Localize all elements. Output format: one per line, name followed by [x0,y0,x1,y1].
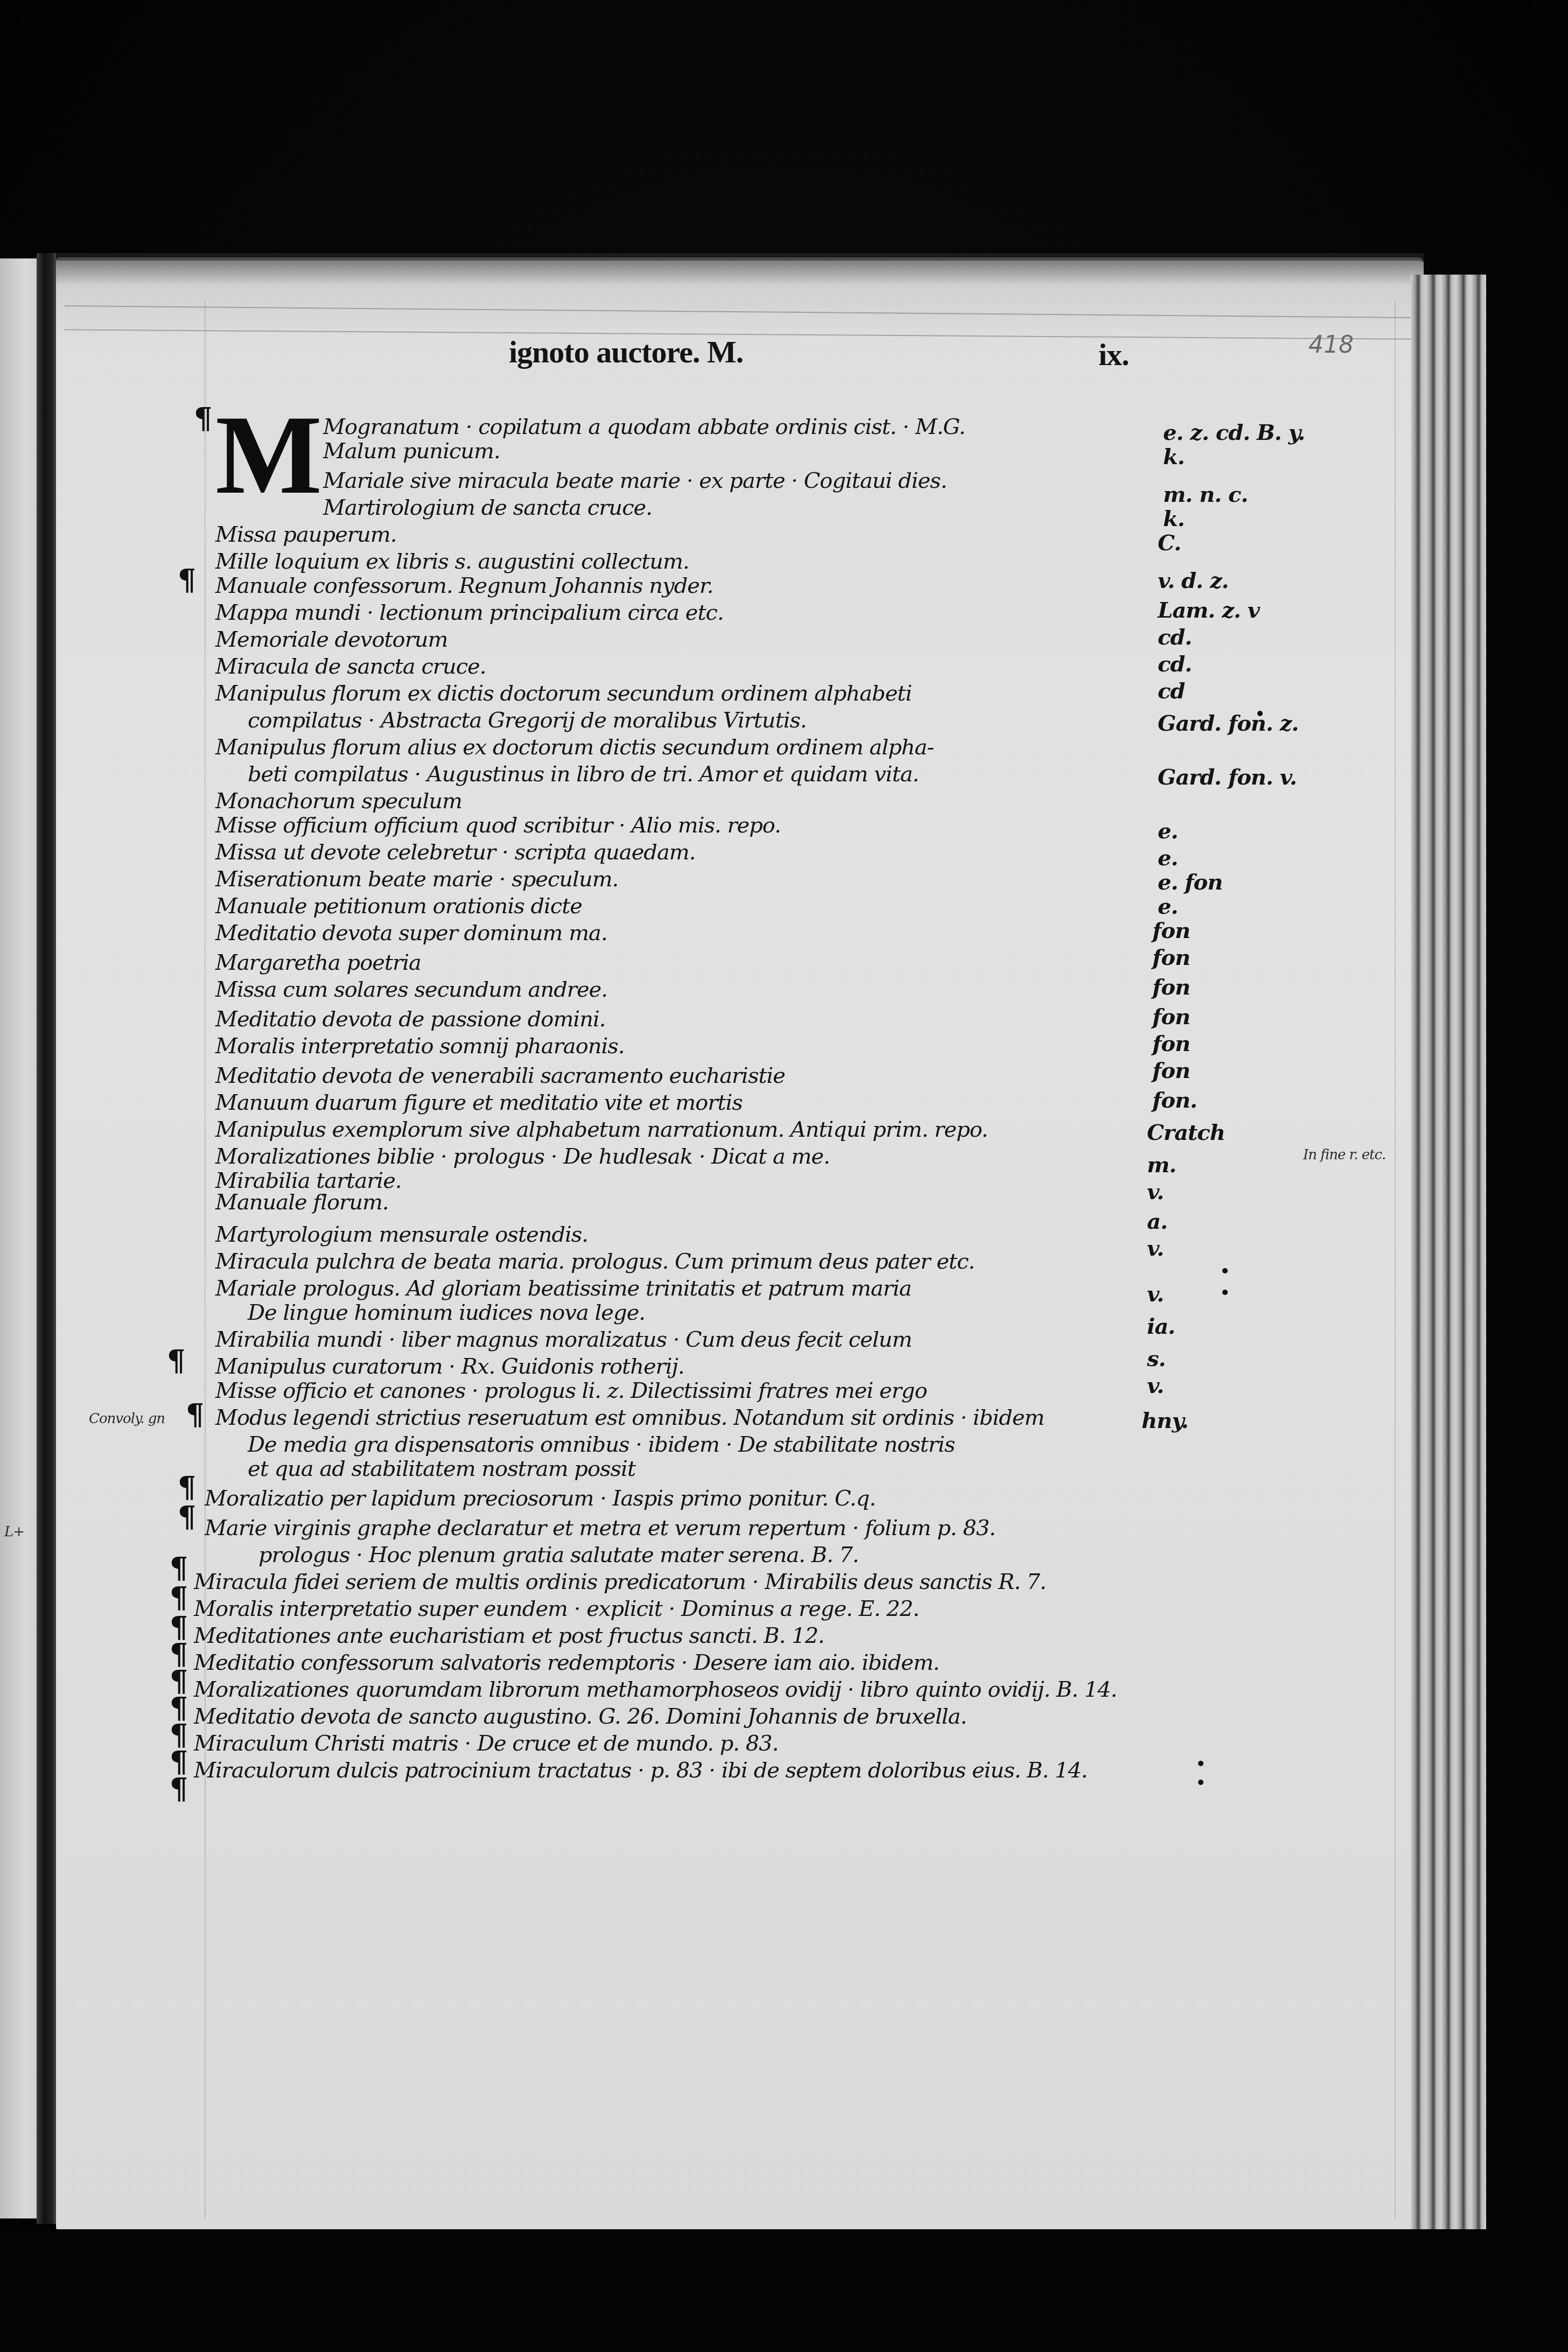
catalog-entry: Manipulus florum ex dictis doctorum secu… [215,681,912,706]
catalog-entry: Malum punicum. [323,439,500,464]
running-title: ignoto auctore. M. [509,334,743,370]
catalog-entry: Martirologium de sancta cruce. [323,495,652,520]
catalog-entry: beti compilatus · Augustinus in libro de… [248,762,919,787]
catalog-entry: Miraculorum dulcis patrocinium tractatus… [194,1758,1088,1783]
catalog-entry: Mariale sive miracula beate marie · ex p… [323,468,947,493]
shelfmark: fon [1152,1031,1190,1056]
left-margin-note: Convoly. gn [89,1411,165,1427]
catalog-entry: Missa cum solares secundum andree. [215,977,607,1002]
catalog-entry: Mille loquium ex libris s. augustini col… [215,549,689,574]
shelfmark: Lam. z. v [1158,598,1259,623]
catalog-entry: Miracula pulchra de beata maria. prologu… [215,1249,975,1274]
shelfmark: cd. [1158,652,1192,677]
catalog-entry: compilatus · Abstracta Gregorij de moral… [248,708,807,733]
binding-right [1486,205,1568,2352]
facing-page-edge [0,258,37,2218]
catalog-entry: Misse officium officium quod scribitur ·… [215,813,781,838]
pilcrow-icon: ¶ [178,563,196,597]
ink-dot [1198,1761,1203,1766]
shelfmark: k. [1163,444,1185,470]
catalog-entry: Modus legendi strictius reseruatum est o… [215,1405,1044,1430]
page-top-shadow [56,253,1424,285]
page-fore-edge [1411,275,1492,2235]
shelfmark: s. [1147,1346,1165,1371]
catalog-entry: Margaretha poetria [215,950,421,975]
right-margin-rule [1395,302,1396,2218]
catalog-entry: et qua ad stabilitatem nostram possit [248,1457,635,1481]
catalog-entry: Martyrologium mensurale ostendis. [215,1222,588,1247]
shelfmark: Cratch [1147,1120,1225,1145]
catalog-entry: Manipulus florum alius ex doctorum dicti… [215,735,934,760]
shelfmark: fon [1152,1058,1190,1083]
catalog-entry: De lingue hominum iudices nova lege. [248,1300,645,1325]
catalog-entry: Miracula fidei seriem de multis ordinis … [194,1570,1046,1594]
book-gutter [37,253,56,2224]
pilcrow-icon: ¶ [167,1343,185,1378]
catalog-entry: Marie virginis graphe declaratur et metr… [205,1516,996,1541]
catalog-entry: Meditationes ante eucharistiam et post f… [194,1623,824,1648]
photo-bottom-background [0,2229,1568,2352]
catalog-entry: Manipulus curatorum · Rx. Guidonis rothe… [215,1354,684,1379]
catalog-entry: Miraculum Christi matris · De cruce et d… [194,1731,778,1756]
shelfmark: fon [1152,918,1190,943]
shelfmark: Gard. fon. v. [1158,765,1297,790]
shelfmark: fon. [1152,1088,1197,1113]
shelfmark: v. [1147,1179,1164,1205]
catalog-entry: Moralizatio per lapidum preciosorum · Ia… [205,1486,876,1511]
catalog-entry: Meditatio devota de venerabili sacrament… [215,1063,785,1088]
ink-dot [1222,1268,1228,1273]
right-margin-note: In fine r. etc. [1303,1147,1385,1163]
catalog-entry: Moralis interpretatio somnij pharaonis. [215,1034,625,1059]
shelfmark: hny. [1142,1408,1188,1433]
catalog-entry: Miserationum beate marie · speculum. [215,867,618,892]
shelfmark: C. [1158,530,1181,556]
pencil-folio-number: 418 [1308,331,1354,359]
pilcrow-icon: ¶ [178,1500,196,1534]
shelfmark: e. [1158,894,1178,919]
shelfmark: cd [1158,678,1185,704]
catalog-entry: Moralizationes biblie · prologus · De hu… [215,1144,830,1169]
catalog-entry: Mappa mundi · lectionum principalium cir… [215,600,724,625]
catalog-entry: Miracula de sancta cruce. [215,654,486,679]
catalog-entry: Manuale confessorum. Regnum Johannis nyd… [215,573,713,598]
shelfmark: v. [1147,1373,1164,1398]
shelfmark: fon [1152,1004,1190,1030]
catalog-entry: Moralizationes quorumdam librorum metham… [194,1677,1117,1702]
facing-page-fragment: L+ [4,1524,24,1540]
shelfmark: e. [1158,818,1178,844]
shelfmark: k. [1163,506,1185,531]
catalog-entry: Moralis interpretatio super eundem · exp… [194,1597,919,1621]
catalog-entry: Meditatio devota de sancto augustino. G.… [194,1704,967,1729]
shelfmark: Gard. fon. z. [1158,711,1298,736]
shelfmark: m. [1147,1152,1176,1178]
decorated-initial: M [215,409,318,501]
pilcrow-icon: ¶ [186,1397,204,1432]
catalog-entry: Misse officio et canones · prologus li. … [215,1378,927,1403]
shelfmark: e. [1158,845,1178,871]
catalog-entry: Missa ut devote celebretur · scripta qua… [215,840,695,865]
ink-dot [1257,711,1263,716]
catalog-entry: Meditatio confessorum salvatoris redempt… [194,1650,940,1675]
ink-dot [1198,1780,1203,1785]
shelfmark: v. d. z. [1158,568,1229,593]
shelfmark: a. [1147,1209,1167,1234]
shelfmark: cd. [1158,625,1192,650]
shelfmark: v. [1147,1282,1164,1307]
shelfmark: m. n. c. [1163,482,1248,507]
section-number: ix. [1098,337,1129,373]
catalog-entry: Manipulus exemplorum sive alphabetum nar… [215,1117,988,1142]
left-margin-rule [205,302,206,2218]
catalog-entry: Manuum duarum figure et meditatio vite e… [215,1090,743,1115]
pilcrow-icon: ¶ [194,401,212,436]
catalog-entry: Manuale florum. [215,1190,389,1215]
catalog-entry: prologus · Hoc plenum gratia salutate ma… [258,1543,859,1567]
ink-dot [1222,1290,1228,1295]
catalog-entry: Monachorum speculum [215,789,462,814]
catalog-entry: Meditatio devota de passione domini. [215,1007,605,1032]
shelfmark: e. z. cd. B. y. [1163,420,1305,445]
catalog-entry: Mogranatum · copilatum a quodam abbate o… [323,415,965,439]
catalog-entry: Memoriale devotorum [215,627,448,652]
pilcrow-icon: ¶ [170,1772,188,1806]
catalog-entry: Manuale petitionum orationis dicte [215,894,582,919]
catalog-entry: Missa pauperum. [215,522,396,547]
shelfmark: fon [1152,945,1190,970]
shelfmark: fon [1152,975,1190,1000]
catalog-entry: Meditatio devota super dominum ma. [215,921,607,946]
catalog-entry: De media gra dispensatoris omnibus · ibi… [248,1432,955,1457]
shelfmark: e. fon [1158,870,1222,895]
shelfmark: ia. [1147,1314,1175,1339]
catalog-entry: Mariale prologus. Ad gloriam beatissime … [215,1276,912,1301]
catalog-entry: Mirabilia mundi · liber magnus moralizat… [215,1327,912,1352]
shelfmark: v. [1147,1236,1164,1261]
